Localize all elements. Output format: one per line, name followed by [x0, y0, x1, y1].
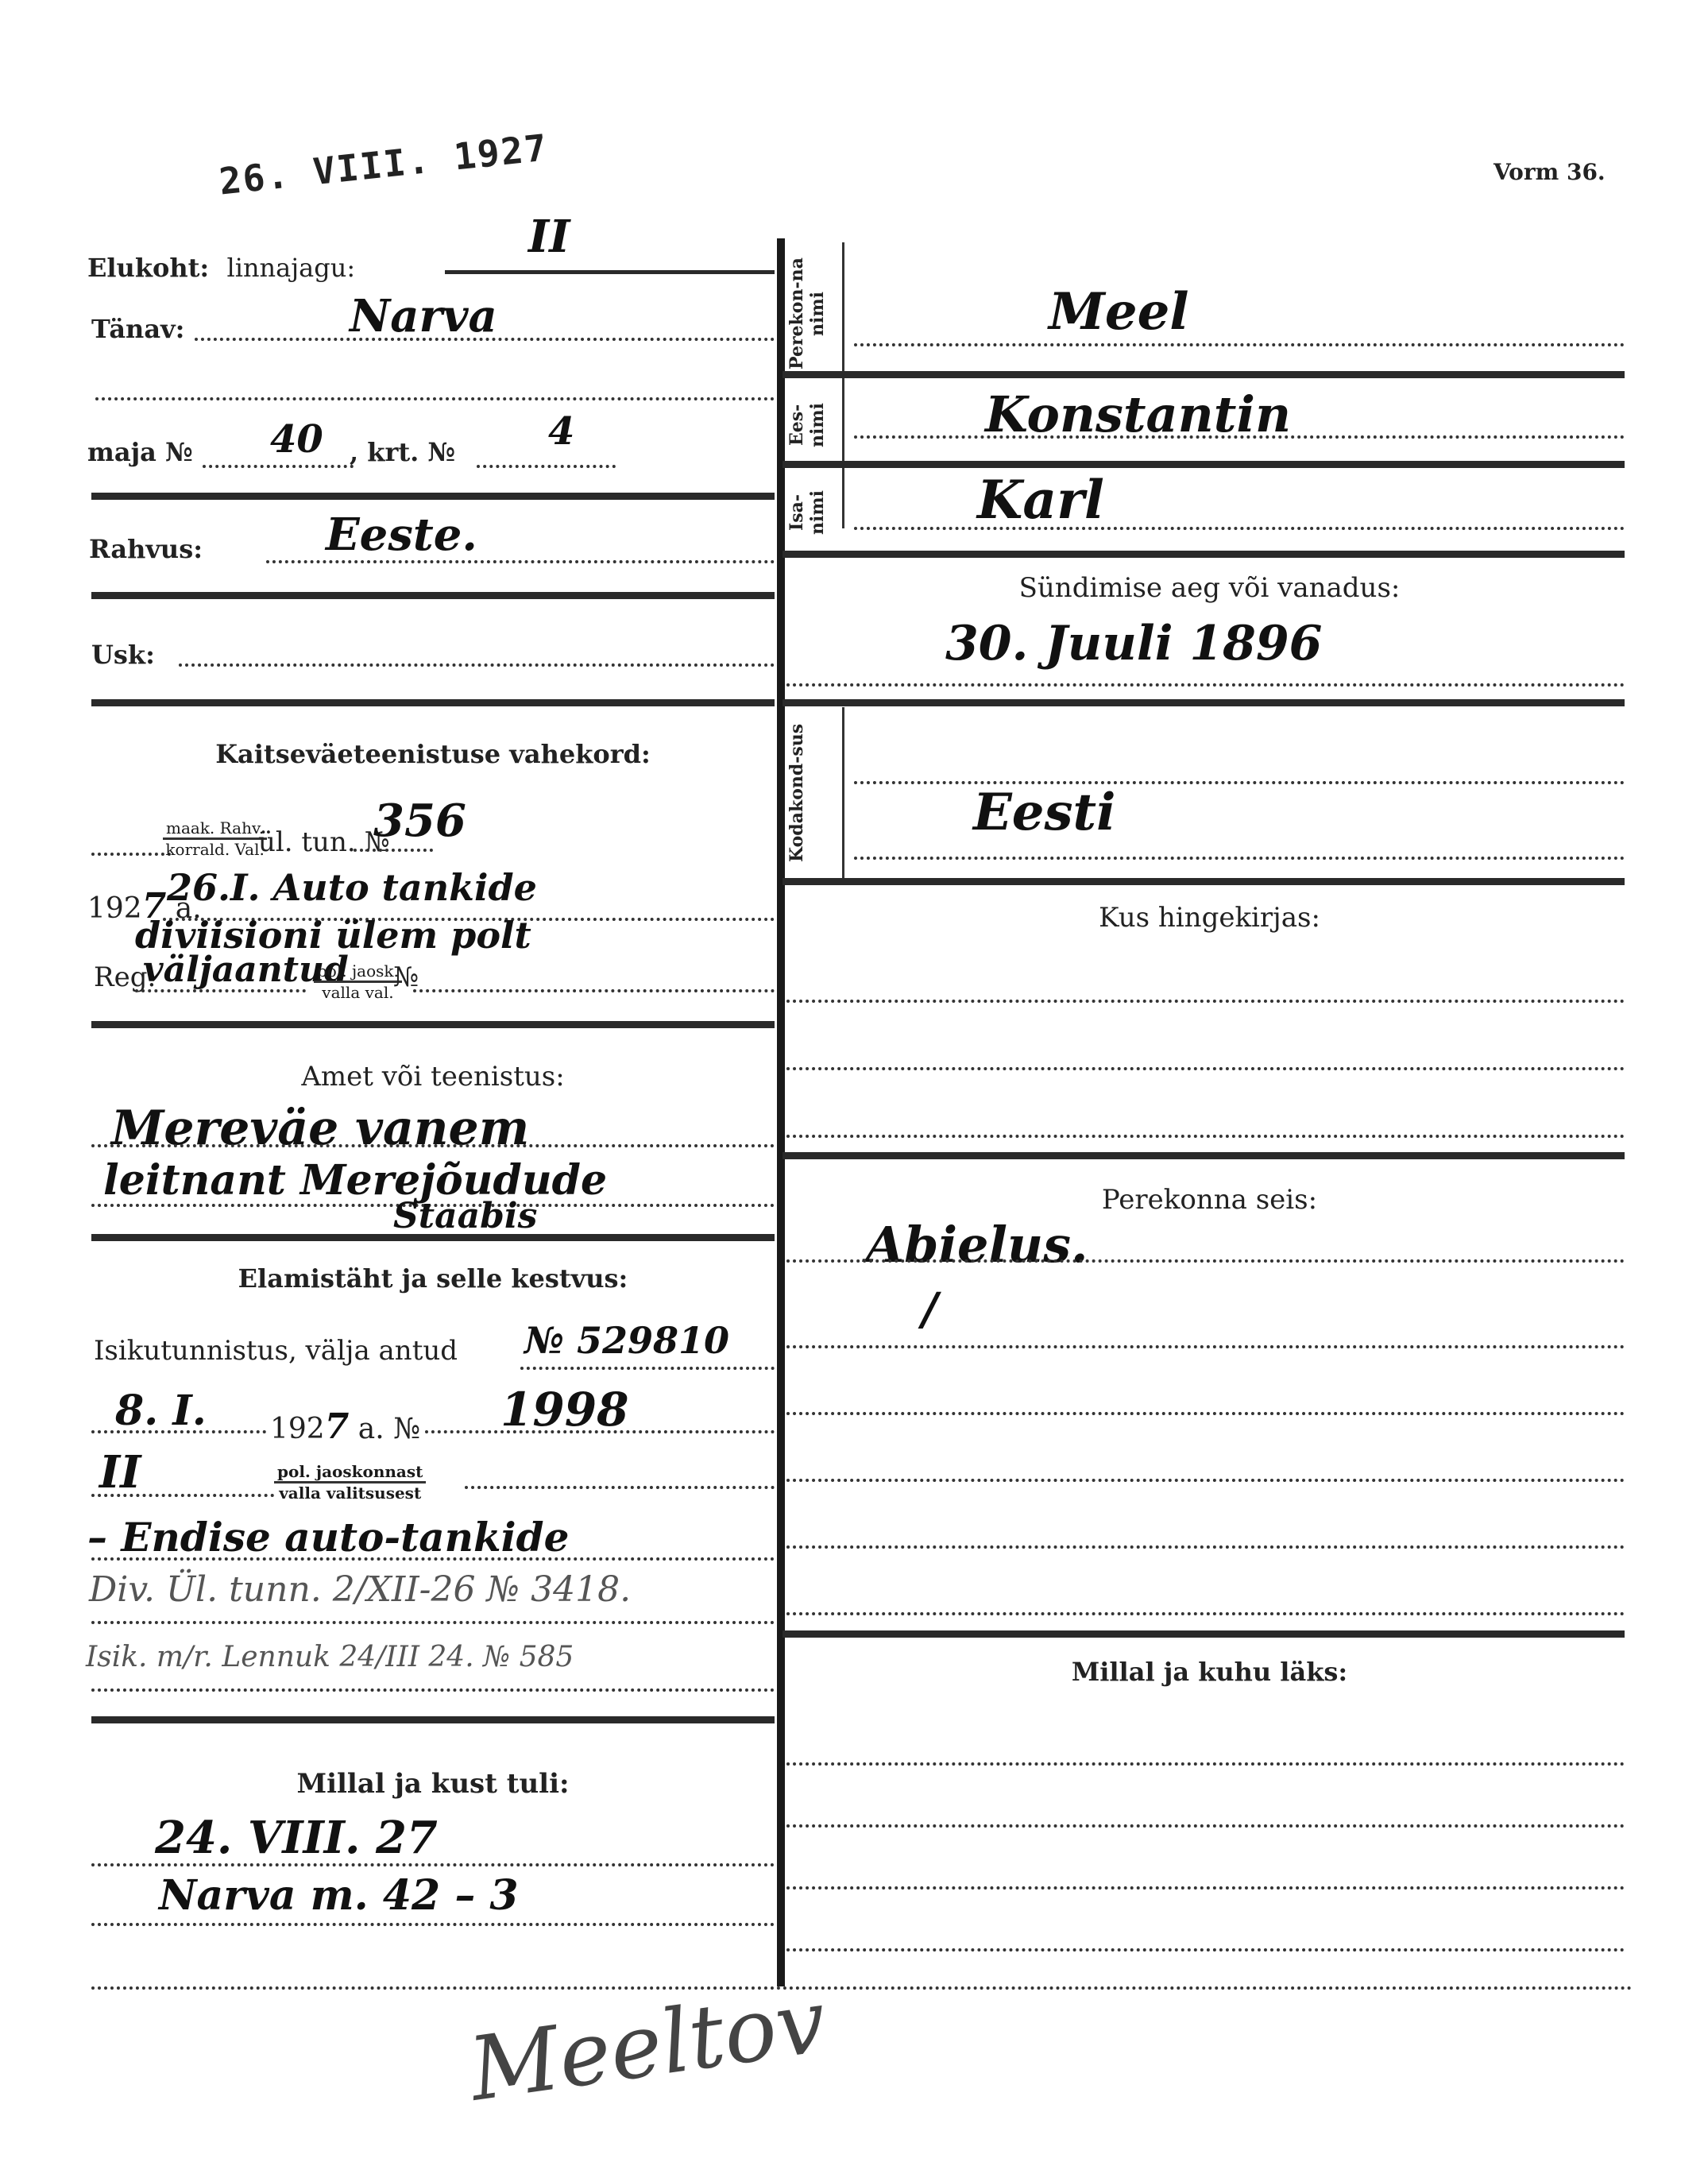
arrival-line1-value[interactable]: 24. VIII. 27: [155, 1812, 438, 1864]
military-heading: Kaitseväeteenistuse vahekord:: [95, 739, 771, 769]
section-rule: [91, 1716, 775, 1723]
surname-line: [854, 343, 1625, 346]
district-line: [91, 1494, 274, 1497]
arrival-heading: Millal ja kust tuli:: [95, 1768, 771, 1800]
family-heading: Perekonna seis:: [794, 1184, 1625, 1216]
elukoht-label: Elukoht: linnajagu:: [87, 253, 355, 283]
firstname-line: [854, 435, 1625, 439]
id-year: 1927 a. №: [270, 1406, 420, 1447]
occupation-line1-value[interactable]: Mereväe vanem: [111, 1100, 529, 1156]
section-rule: [783, 1630, 1625, 1638]
maja-value[interactable]: 40: [270, 417, 323, 462]
arrival-line1: [91, 1863, 775, 1866]
tun-value[interactable]: 356: [373, 795, 466, 847]
tanav-label: Tänav:: [91, 314, 184, 344]
citizenship-line-1: [854, 781, 1625, 784]
birth-heading: Sündimise aeg või vanadus:: [794, 572, 1625, 604]
family-value[interactable]: Abielus.: [866, 1216, 1088, 1274]
residence-line2: [91, 1621, 775, 1624]
departure-line-1: [786, 1762, 1625, 1766]
family-mark: /: [922, 1283, 937, 1336]
residence-line3: [91, 1688, 775, 1692]
date-stamp: 26. VIII. 1927: [217, 126, 550, 203]
linnajagu-label: linnajagu:: [226, 253, 355, 283]
rahvus-value[interactable]: Eeste.: [326, 509, 477, 561]
rahvus-line: [266, 560, 775, 563]
military-line1-value[interactable]: 26.I. Auto tankide: [167, 866, 537, 909]
krt-label: , krt. №: [350, 437, 455, 467]
id-number-value[interactable]: 1998: [500, 1383, 628, 1437]
birth-line: [786, 683, 1625, 687]
residence-line2-value[interactable]: Div. Ül. tunn. 2/XII-26 № 3418.: [89, 1569, 631, 1610]
residence-line3-value[interactable]: Isik. m/r. Lennuk 24/III 24. № 585: [86, 1641, 574, 1673]
id-date-line: [91, 1430, 266, 1433]
tun-line: [354, 849, 433, 852]
section-rule: [783, 551, 1625, 558]
id-value[interactable]: № 529810: [524, 1319, 729, 1362]
family-line-2: [786, 1345, 1625, 1348]
rule: [95, 397, 775, 400]
occupation-heading: Amet või teenistus:: [95, 1061, 771, 1093]
parish-heading: Kus hingekirjas:: [794, 902, 1625, 934]
surname-tab: Perekon-na nimi: [786, 246, 839, 381]
id-number-line: [425, 1430, 775, 1433]
family-line-1: [786, 1259, 1625, 1263]
residence-line1: [91, 1557, 775, 1561]
departure-line-4: [786, 1948, 1625, 1951]
rahvus-label: Rahvus:: [89, 534, 203, 564]
fathername-tab: Isa-nimi: [786, 477, 839, 548]
residence-heading: Elamistäht ja selle kestvus:: [95, 1263, 771, 1294]
maja-line: [203, 465, 354, 468]
fathername-line: [854, 527, 1625, 530]
id-date-value[interactable]: 8. I.: [115, 1387, 207, 1435]
occupation-line1: [91, 1144, 775, 1147]
reg-fraction: pol. jaosk. valla val.: [314, 961, 402, 1002]
rule: [445, 270, 775, 274]
section-rule: [91, 699, 775, 706]
form-number: Vorm 36.: [1494, 159, 1606, 185]
citizenship-line-2: [854, 857, 1625, 860]
family-line-4: [786, 1479, 1625, 1482]
signature: Meeltov: [463, 1970, 832, 2120]
section-rule: [783, 461, 1625, 468]
krt-line: [477, 465, 616, 468]
district-fraction: pol. jaoskonnast valla valitsusest: [274, 1462, 426, 1503]
surname-value[interactable]: Meel: [1049, 282, 1189, 342]
tanav-line: [195, 338, 775, 341]
arrival-line2: [91, 1923, 775, 1926]
tab-border: [842, 242, 844, 528]
parish-line-3: [786, 1135, 1625, 1138]
section-rule: [783, 1152, 1625, 1159]
section-rule: [91, 1021, 775, 1028]
tun-label: ül. tun. №: [258, 826, 390, 858]
section-rule: [783, 878, 1625, 885]
family-line-5: [786, 1545, 1625, 1549]
citizenship-value[interactable]: Eesti: [973, 783, 1115, 842]
krt-value[interactable]: 4: [548, 409, 574, 454]
departure-heading: Millal ja kuhu läks:: [794, 1657, 1625, 1687]
column-divider: [777, 238, 785, 1986]
tanav-value[interactable]: Narva: [350, 290, 497, 342]
section-rule: [783, 699, 1625, 706]
occupation-line3-value[interactable]: Staabis: [393, 1196, 537, 1236]
family-line-3: [786, 1412, 1625, 1415]
departure-line-3: [786, 1886, 1625, 1890]
reg-no-label: №: [393, 961, 419, 993]
reg-no-line: [413, 989, 775, 992]
section-rule: [91, 493, 775, 500]
usk-label: Usk:: [91, 640, 155, 670]
section-rule: [91, 1234, 775, 1241]
family-line-6: [786, 1612, 1625, 1615]
reg-line: [135, 989, 306, 992]
district-line-2: [465, 1486, 775, 1489]
maja-label: maja №: [87, 437, 193, 467]
id-label: Isikutunnistus, välja antud: [94, 1335, 458, 1367]
birth-value[interactable]: 30. Juuli 1896: [945, 616, 1322, 671]
section-rule: [783, 371, 1625, 378]
linnajagu-value[interactable]: II: [528, 211, 570, 263]
arrival-line2-value[interactable]: Narva m. 42 – 3: [159, 1871, 519, 1920]
fathername-value[interactable]: Karl: [977, 469, 1104, 531]
residence-line1-value[interactable]: – Endise auto-tankide: [87, 1514, 569, 1561]
military-fraction: maak. Rahv. korrald. Val.: [163, 818, 267, 859]
military-line-0: [91, 853, 171, 856]
arrival-line3: [91, 1986, 1633, 1990]
parish-line-2: [786, 1067, 1625, 1070]
parish-line-1: [786, 1000, 1625, 1003]
tab-border: [842, 707, 844, 878]
section-rule: [91, 592, 775, 599]
departure-line-2: [786, 1824, 1625, 1828]
citizenship-tab: Kodakond-sus: [786, 711, 839, 874]
id-line: [520, 1367, 775, 1370]
firstname-tab: Ees-nimi: [786, 385, 839, 465]
district-value[interactable]: II: [99, 1446, 141, 1499]
usk-line: [179, 663, 775, 667]
